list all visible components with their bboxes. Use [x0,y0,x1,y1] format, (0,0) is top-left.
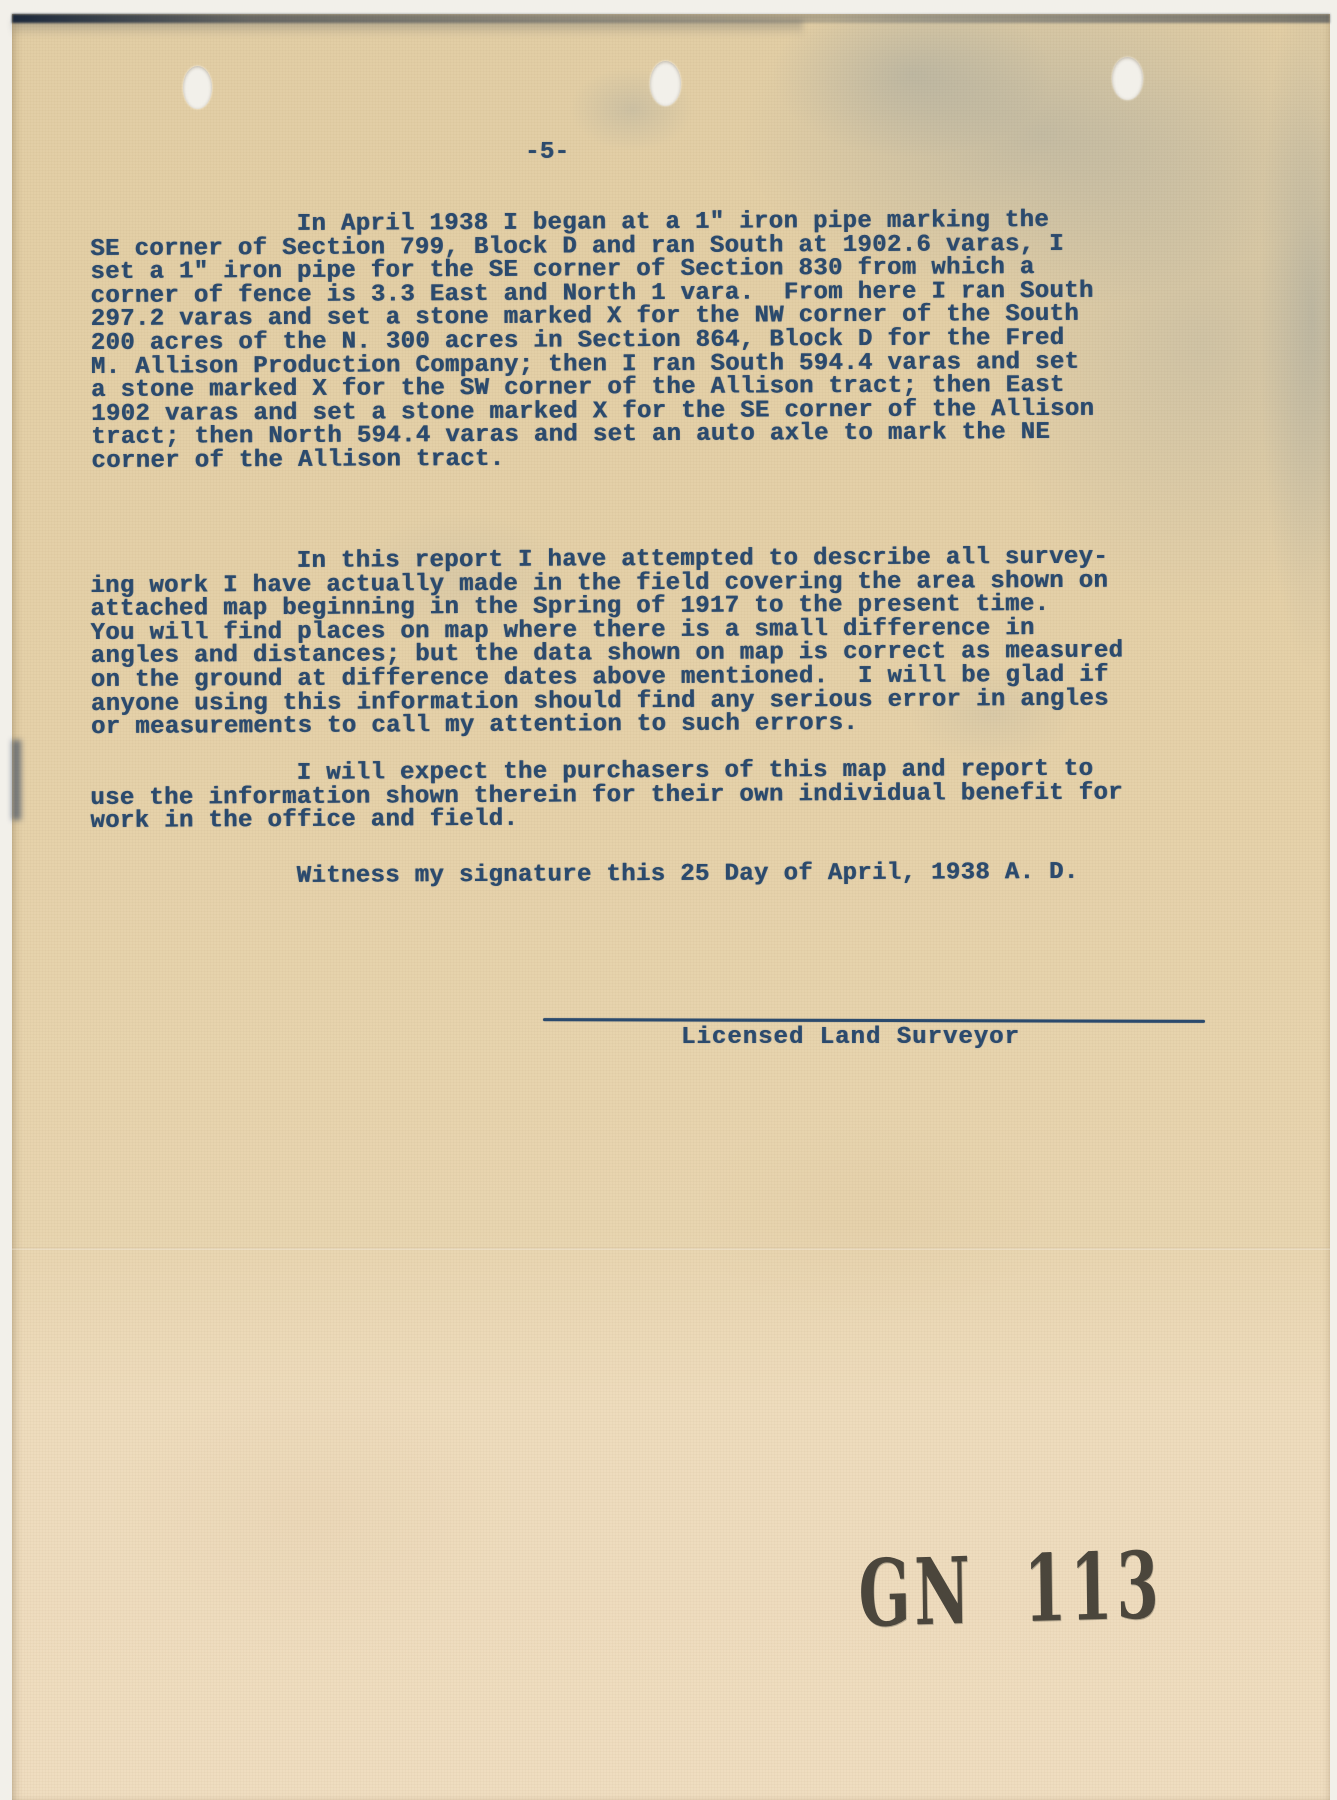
punch-hole [183,66,212,109]
paragraph-report-scope: In this report I have attempted to descr… [90,546,1124,740]
paragraph-purchasers-note: I will expect the purchasers of this map… [90,758,1123,834]
left-edge-ink-smudge [12,740,21,820]
top-edge-ink-fade [12,20,803,36]
paper-crease [12,1247,1330,1250]
scanned-document: -5- In April 1938 I began at a 1" iron p… [0,0,1337,1800]
punch-hole [650,61,681,106]
page-number: -5- [525,141,569,165]
witness-line: Witness my signature this 25 Day of Apri… [90,861,1079,890]
punch-hole [1112,57,1143,100]
signature-caption: Licensed Land Surveyor [681,1026,1020,1050]
archive-stamp: GN 113 [858,1539,1163,1640]
paragraph-survey-description: In April 1938 I began at a 1" iron pipe … [90,209,1095,474]
